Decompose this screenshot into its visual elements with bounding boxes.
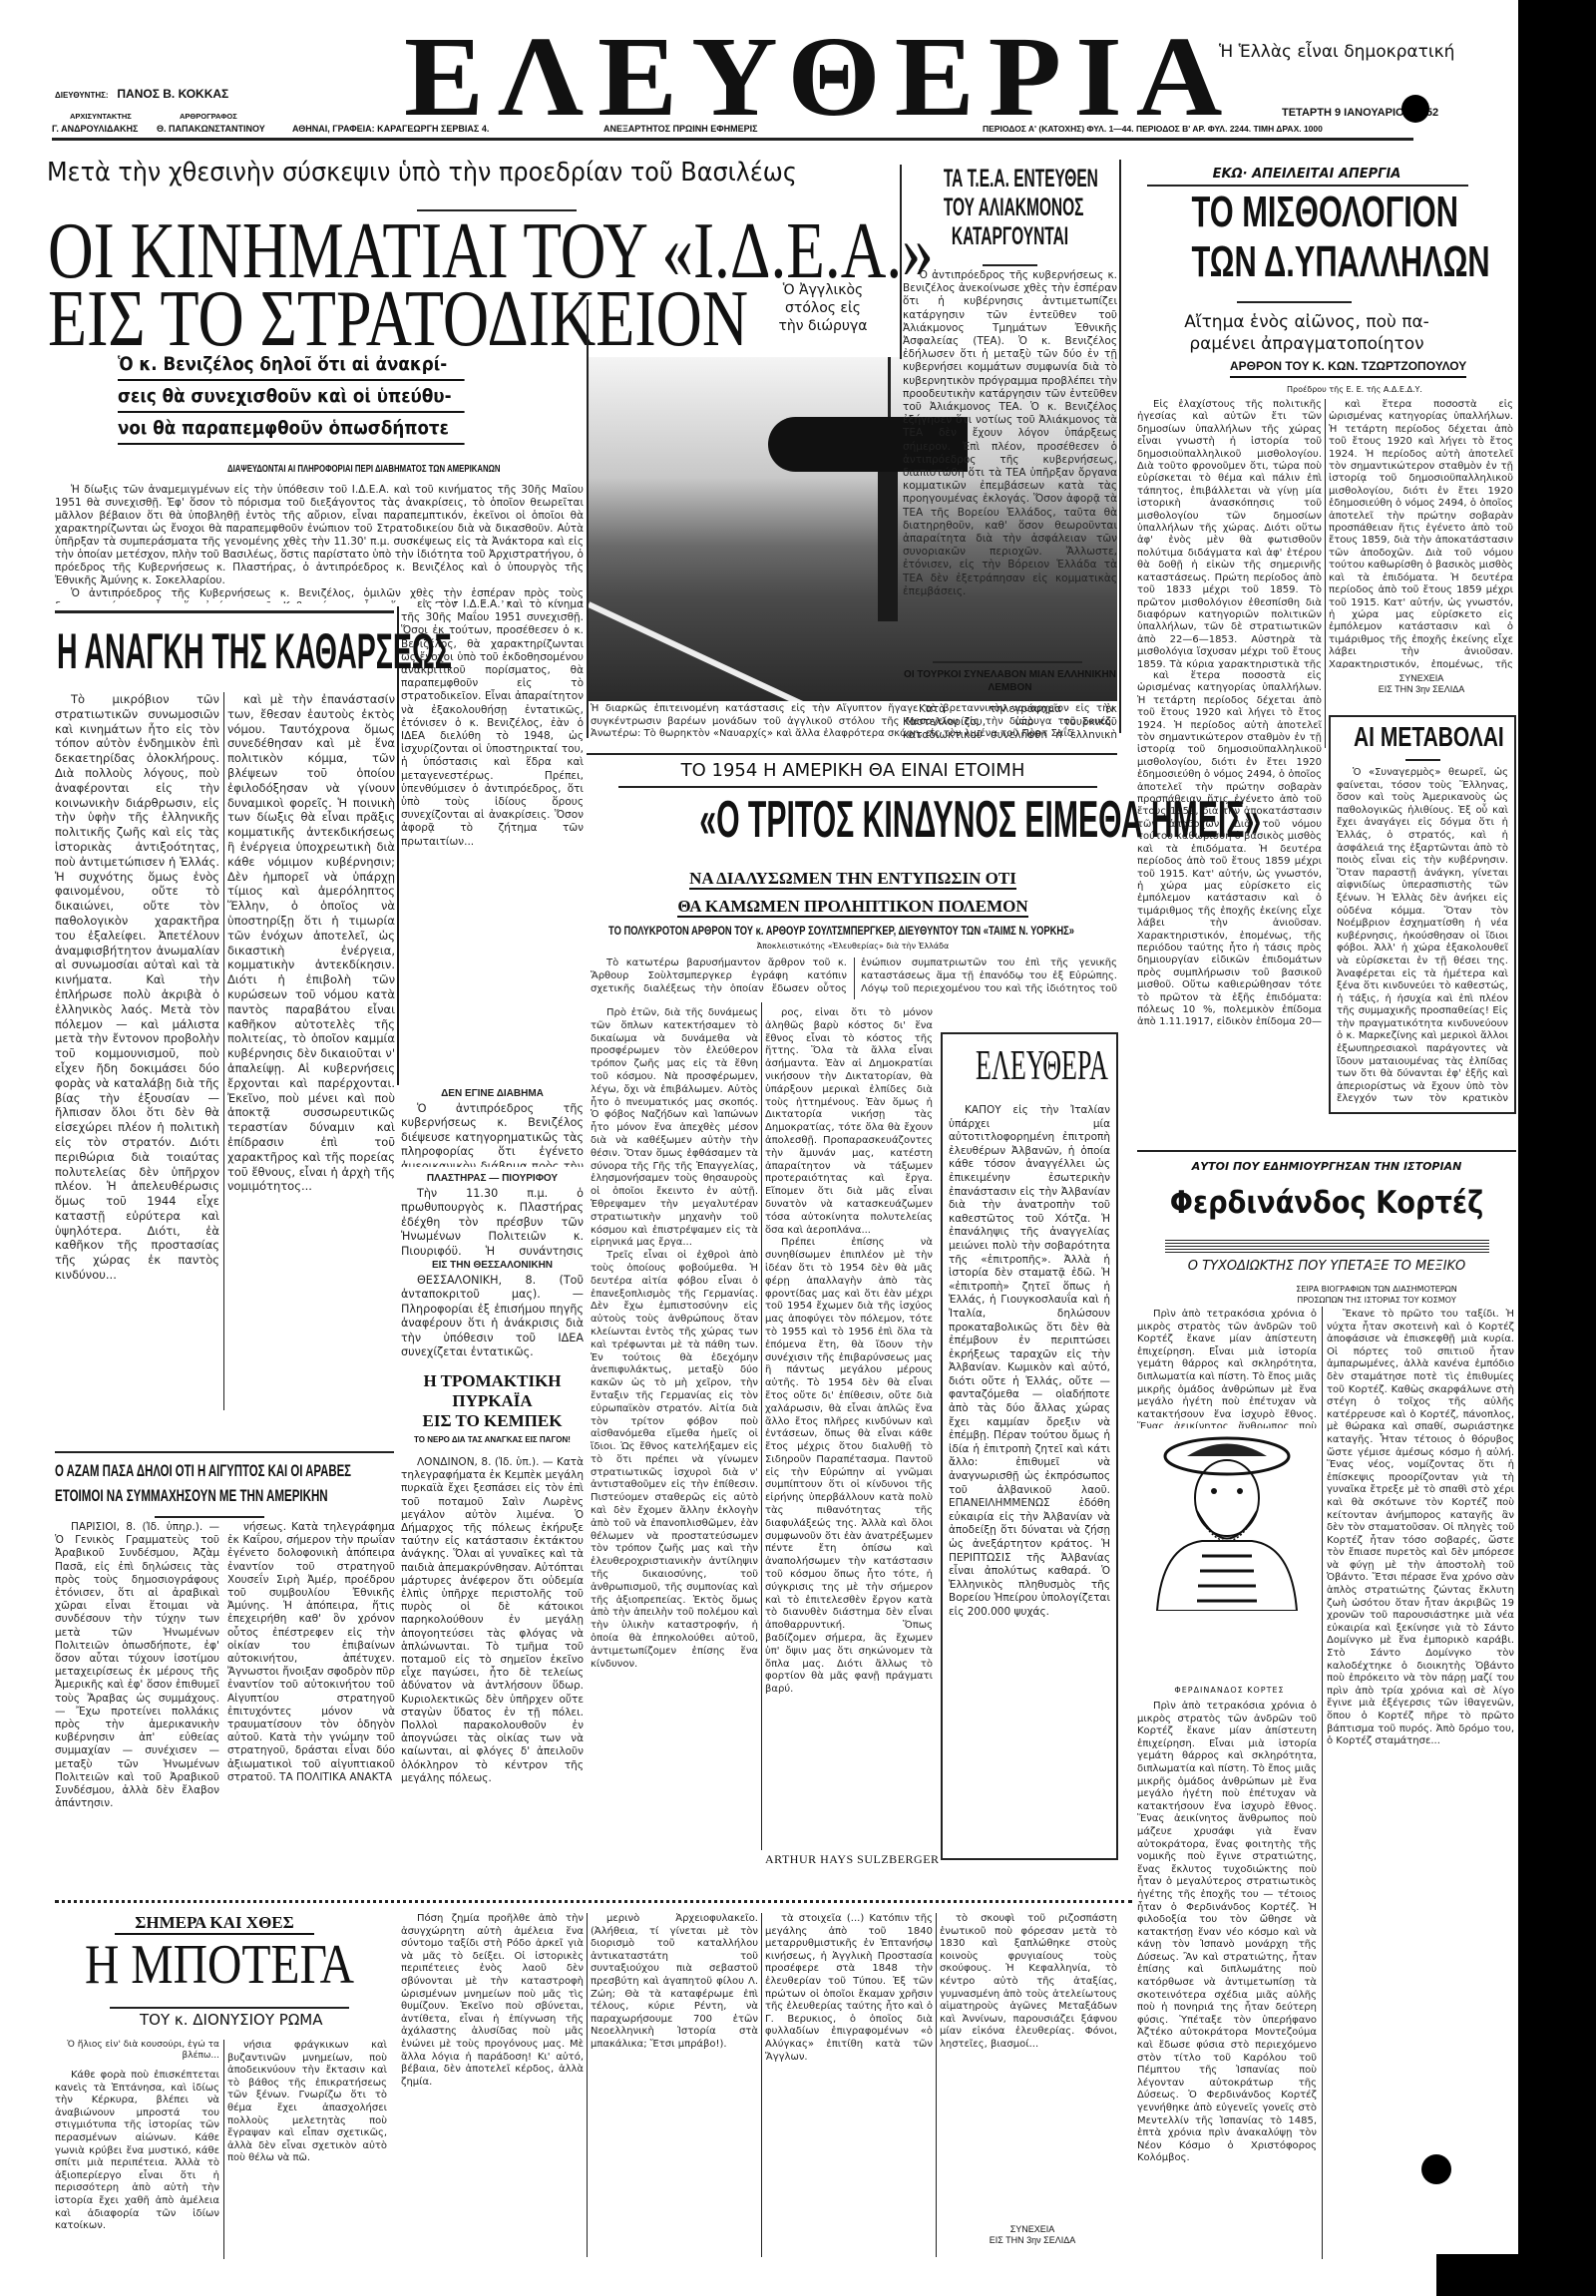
elefthera-headline: ΕΛΕΥΘΕΡΑ <box>976 1034 1083 1098</box>
egypt-col-1: ΠΑΡΙΣΙΟΙ, 8. (Ἰδ. ὑπηρ.). — Ὁ Γενικὸς Γρ… <box>55 1521 219 1900</box>
salary-headline: ΤΟ ΜΙΣΘΟΛΟΓΙΟΝ ΤΩΝ Δ.ΥΠΑΛΛΗΛΩΝ <box>1142 188 1471 287</box>
cortez-stripe-rule <box>1165 1240 1489 1254</box>
scan-edge <box>1518 0 1596 2296</box>
salary-continued-1: ΣΥΝΕΧΕΙΑ <box>1337 673 1506 684</box>
newspaper-title: ΕΛΕΥΘΕΡΙΑ <box>404 25 1162 130</box>
salary-headline-2: ΤΩΝ Δ.ΥΠΑΛΛΗΛΩΝ <box>1192 237 1422 287</box>
salary-col-1b: καὶ ἕτερα ποσοστὰ εἰς ὡρισμένας κατηγορί… <box>1137 670 1322 1029</box>
egypt-top-rule <box>55 1451 394 1453</box>
tea-headline-2: ΤΟΥ ΑΛΙΑΚΜΟΝΟΣ <box>944 193 1076 222</box>
col-rule-ty-3 <box>587 1913 588 2257</box>
salary-rule <box>1237 301 1352 303</box>
binder-hole <box>1401 95 1429 123</box>
salary-kicker-rule <box>1147 185 1468 187</box>
america-intro: Τὸ κατωτέρω βαρυσήμαντον ἄρθρον τοῦ κ. Ἄ… <box>591 957 1117 999</box>
america-kicker: ΤΟ 1954 Η ΑΜΕΡΙΚΗ ΘΑ ΕΙΝΑΙ ΕΤΟΙΜΗ <box>589 760 1117 781</box>
proofreader-label: ΑΡΘΡΟΓΡΑΦΟΣ <box>180 112 237 121</box>
masthead: ΔΙΕΥΘΥΝΤΗΣ: ΠΑΝΟΣ Β. ΚΟΚΚΑΣ ΑΡΧΙΣΥΝΤΑΚΤΗ… <box>0 0 1596 148</box>
america-top-rule <box>587 753 1117 755</box>
america-subhead: ΝΑ ΔΙΑΛΥΣΩΜΕΝ ΤΗΝ ΕΝΤΥΠΩΣΙΝ ΟΤΙ ΘΑ ΚΑΜΩΜ… <box>589 865 1117 921</box>
tea-headline-3: ΚΑΤΑΡΓΟΥΝΤΑΙ <box>944 222 1076 251</box>
ty-col-1: Κάθε φορὰ ποὺ ἐπισκέπτεται κανεὶς τὰ Ἑπτ… <box>55 2070 219 2259</box>
cortez-col-1: Πρὶν ἀπὸ τετρακόσια χρόνια ὁ μικρὸς στρα… <box>1137 1309 1317 1428</box>
col-rule-am-1 <box>761 1002 762 1850</box>
salary-subhead-2: ραμένει ἀπραγματοποίητον <box>1157 333 1456 355</box>
editorial-headline: Η ΑΝΑΓΚΗ ΤΗΣ ΚΑΘΑΡΣΕΩΣ <box>57 623 452 679</box>
subhead-line-1: Ὁ κ. Βενιζέλος δηλοῖ ὅτι αἱ ἀνακρί- <box>118 349 465 381</box>
ty-byline: ΤΟΥ κ. ΔΙΟΝΥΣΙΟΥ ΡΩΜΑ <box>140 2011 323 2029</box>
motto: Ἡ Ἑλλὰς εἶναι δημοκρατική <box>1219 42 1454 62</box>
subhead-line-3: νοι θὰ παραπεμφθοῦν ὁπωσδήποτε <box>118 413 465 445</box>
elefthera-body: ΚΑΠΟΥ εἰς τὴν Ἰταλίαν ὑπάρχει μία αὐτοτι… <box>949 1104 1110 1852</box>
denial-heading: ΔΕΝ ΕΓΙΝΕ ΔΙΑΒΗΜΑ <box>401 1087 584 1102</box>
col-rule-cortez <box>1322 1307 1323 2259</box>
america-deck: ΤΟ ΠΟΛΥΚΡΟΤΟΝ ΑΡΘΡΟΝ ΤΟΥ κ. ΑΡΘΟΥΡ ΣΟΥΛΤ… <box>589 924 1094 938</box>
ty-col-6: τὸ σκουφὶ τοῦ ριζοσπάστη ἑνωτικοῦ ποὺ φό… <box>940 1913 1117 2212</box>
ty-continued-1: ΣΥΝΕΧΕΙΑ <box>958 2224 1107 2235</box>
cortez-portrait <box>1142 1426 1312 1611</box>
director-name: ΠΑΝΟΣ Β. ΚΟΚΚΑΣ <box>117 87 228 101</box>
egypt-col-2: νήσεως. Κατὰ τηλεγράφημα ἐκ Καΐρου, σήμε… <box>227 1521 395 1900</box>
salary-subhead: Αἴτημα ἑνὸς αἰῶνος, ποὺ πα- ραμένει ἀπρα… <box>1157 311 1456 355</box>
america-headline: «Ο ΤΡΙΤΟΣ ΚΙΝΔΥΝΟΣ ΕΙΜΕΘΑ ΗΜΕΙΣ» <box>699 790 1005 850</box>
masthead-rule <box>52 138 1413 141</box>
cortez-col-1b: Πρὶν ἀπὸ τετρακόσια χρόνια ὁ μικρὸς στρα… <box>1137 1701 1317 2259</box>
plastiras-heading: ΠΛΑΣΤΗΡΑΣ — ΠΙΟΥΡΙΦΟΥ <box>401 1172 584 1187</box>
section-divider-dotted <box>55 1900 1132 1903</box>
col-rule-ed <box>223 692 224 1410</box>
col-rule-ty-1 <box>223 2040 224 2259</box>
ty-col-4: μερινὸ Ἀρχειοφυλακεῖο. (Ἀλήθεια, τί γίνε… <box>591 1913 758 2257</box>
kemp-headline-2: ΠΥΡΚΑΪΑ <box>401 1391 584 1411</box>
salonica-box: ΕΙΣ ΤΗΝ ΘΕΣΣΑΛΟΝΙΚΗΝ ΘΕΣΣΑΛΟΝΙΚΗ, 8. (Το… <box>401 1259 584 1368</box>
salary-kicker: ΕΚΩ· ΑΠΕΙΛΕΙΤΑΙ ΑΠΕΡΓΙΑ <box>1147 167 1466 182</box>
kemp-body: ΛΟΝΔΙΝΟΝ, 8. (Ἰδ. ὑπ.). — Κατὰ τηλεγραφή… <box>401 1456 584 1855</box>
cortez-subhead: Ο ΤΥΧΟΔΙΩΚΤΗΣ ΠΟΥ ΥΠΕΤΑΞΕ ΤΟ ΜΕΞΙΚΟ <box>1137 1259 1516 1274</box>
tea-sub-rule <box>933 661 1082 663</box>
salonica-heading: ΕΙΣ ΤΗΝ ΘΕΣΣΑΛΟΝΙΚΗΝ <box>401 1259 584 1274</box>
plastiras-box: ΠΛΑΣΤΗΡΑΣ — ΠΙΟΥΡΙΦΟΥ Τὴν 11.30 π.μ. ὁ π… <box>401 1172 584 1257</box>
cortez-kicker: ΑΥΤΟΙ ΠΟΥ ΕΔΗΜΙΟΥΡΓΗΣΑΝ ΤΗΝ ΙΣΤΟΡΙΑΝ <box>1137 1160 1516 1173</box>
ty-continued: ΣΥΝΕΧΕΙΑ ΕΙΣ ΤΗΝ 3ην ΣΕΛΙΔΑ <box>958 2224 1107 2246</box>
binder-hole-bottom <box>1421 2154 1451 2184</box>
america-col-2: ρος, εἶναι ὅτι τὸ μόνον ἀληθῶς βαρὺ κόστ… <box>765 1007 933 1845</box>
changes-body: Ὁ «Συναγερμὸς» θεωρεῖ, ὡς φαίνεται, τόσο… <box>1337 767 1508 1106</box>
lead-kicker: Μετὰ τὴν χθεσινὴν σύσκεψιν ὑπὸ τὴν προεδ… <box>47 158 797 188</box>
ship-stack-wide <box>878 472 898 621</box>
col-rule-ty-4 <box>761 1913 762 2257</box>
ty-headline: Η ΜΠΟΤΕΓΑ <box>84 1930 355 2000</box>
tagline: ΑΝΕΞΑΡΤΗΤΟΣ ΠΡΩΙΝΗ ΕΦΗΜΕΡΙΣ <box>603 124 758 134</box>
egypt-headline-1: Ο ΑΖΑΜ ΠΑΣΑ ΔΗΛΟΙ ΟΤΙ Η ΑΙΓΥΠΤΟΣ ΚΑΙ ΟΙ … <box>55 1461 351 1481</box>
tea-sub-body: Κατὰ τηλεγράφημα ἐκ Καστελλορίζου, ὑπὸ τ… <box>903 703 1117 738</box>
salary-col-1: Εἰς ἐλαχίστους τῆς πολιτικῆς ἡγεσίας καὶ… <box>1137 399 1322 668</box>
america-col-1: Πρὸ ἐτῶν, διὰ τῆς δυνάμεως τῶν ὅπλων κατ… <box>591 1007 758 1845</box>
america-subhead-2: ΘΑ ΚΑΜΩΜΕΝ ΠΡΟΛΗΠΤΙΚΟΝ ΠΟΛΕΜΟΝ <box>589 893 1117 921</box>
kemp-headline-3: ΕΙΣ ΤΟ ΚΕΜΠΕΚ <box>401 1411 584 1431</box>
photo-overlay-caption: Ὁ Ἀγγλικὸς στόλος εἰς τὴν διώρυγα <box>773 281 873 335</box>
america-author: ARTHUR HAYS SULZBERGER <box>765 1852 940 1867</box>
changes-rule <box>1405 759 1440 761</box>
scan-edge-bottom <box>1436 2254 1596 2296</box>
ship-mast-wide <box>888 357 891 417</box>
salary-continued: ΣΥΝΕΧΕΙΑ ΕΙΣ ΤΗΝ 3ην ΣΕΛΙΔΑ <box>1337 673 1506 695</box>
col-rule-salary <box>1325 399 1326 748</box>
kemp-story: Η ΤΡΟΜΑΚΤΙΚΗ ΠΥΡΚΑΪΑ ΕΙΣ ΤΟ ΚΕΜΠΕΚ ΤΟ ΝΕ… <box>401 1371 584 1444</box>
portrait-illustration-icon <box>1142 1426 1312 1611</box>
proofreader-name: Θ. ΠΑΠΑΚΩΝΣΤΑΝΤΙΝΟΥ <box>157 124 265 134</box>
egypt-headline-2: ΕΤΟΙΜΟΙ ΝΑ ΣΥΜΜΑΧΗΣΟΥΝ ΜΕ ΤΗΝ ΑΜΕΡΙΚΗΝ <box>55 1486 328 1506</box>
salary-byline-title: Προέδρου τῆς Ε. Ε. τῆς Α.Δ.Ε.Δ.Υ. <box>1287 385 1422 394</box>
kemp-headline-1: Η ΤΡΟΜΑΚΤΙΚΗ <box>401 1371 584 1391</box>
lead-divider <box>55 610 394 613</box>
editorial-col-1: Τὸ μικρόβιον τῶν στρατιωτικῶν συνωμοσιῶν… <box>55 692 219 1445</box>
director-label: ΔΙΕΥΘΥΝΤΗΣ: <box>55 91 109 100</box>
lead-deck: ΔΙΑΨΕΥΔΟΝΤΑΙ ΑΙ ΠΛΗΡΟΦΟΡΙΑΙ ΠΕΡΙ ΔΙΑΒΗΜΑ… <box>227 464 501 475</box>
america-subhead-1: ΝΑ ΔΙΑΛΥΣΩΜΕΝ ΤΗΝ ΕΝΤΥΠΩΣΙΝ ΟΤΙ <box>589 865 1117 893</box>
cortez-headline: Φερδινάνδος Κορτέζ <box>1160 1185 1493 1221</box>
cortez-top-rule <box>1137 1150 1516 1152</box>
lead-headline-2: ΕΙΣ ΤΟ ΣΤΡΑΤΟΔΙΚΕΙΟΝ <box>48 279 748 359</box>
salary-subhead-1: Αἴτημα ἑνὸς αἰῶνος, ποὺ πα- <box>1157 311 1456 333</box>
changes-headline: ΑΙ ΜΕΤΑΒΟΛΑΙ <box>1354 717 1491 757</box>
ty-col-2: νήσια φράγκικων καὶ βυζαντινῶν μνημείων,… <box>227 2040 387 2259</box>
changes-box: ΑΙ ΜΕΤΑΒΟΛΑΙ Ὁ «Συναγερμὸς» θεωρεῖ, ὡς φ… <box>1329 715 1516 1114</box>
salary-byline: ΑΡΘΡΟΝ ΤΟΥ κ. ΚΩΝ. ΤΖΩΡΤΖΟΠΟΥΛΟΥ <box>1230 359 1466 378</box>
cortez-col-2: Ἔκανε τὸ πρῶτο του ταξίδι. Ἡ νύχτα ἦταν … <box>1327 1309 1514 2256</box>
lead-body: Ἡ δίωξις τῶν ἀναμεμιγμένων εἰς τὴν ὑπόθε… <box>55 484 584 603</box>
col-rule-ty-5 <box>936 1913 937 2257</box>
issue-info: ΠΕΡΙΟΔΟΣ Α' (ΚΑΤΟΧΗΣ) ΦΥΛ. 1—44. ΠΕΡΙΟΔΟ… <box>983 124 1323 134</box>
ty-rule <box>110 2007 349 2009</box>
cortez-series-2: ΠΡΟΣΩΠΩΝ ΤΗΣ ΙΣΤΟΡΙΑΣ ΤΟΥ ΚΟΣΜΟΥ <box>1227 1295 1526 1306</box>
lead-subhead: Ὁ κ. Βενιζέλος δηλοῖ ὅτι αἱ ἀνακρί- σεις… <box>118 349 512 445</box>
tea-headline: ΤΑ Τ.Ε.Α. ΕΝΤΕΥΘΕΝ ΤΟΥ ΑΛΙΑΚΜΟΝΟΣ ΚΑΤΑΡΓ… <box>903 165 1117 251</box>
america-kicker-rule <box>618 786 1097 788</box>
editorial-col-2: καὶ μὲ τὴν ἐπανάστασίν των, ἔθεσαν ἑαυτο… <box>227 692 395 1445</box>
ty-epigraph: Ὁ ἥλιος εἶν' διὰ κουσούρι, ἐγώ τα βλέπω.… <box>60 2040 219 2062</box>
tea-headline-1: ΤΑ Τ.Ε.Α. ΕΝΤΕΥΘΕΝ <box>944 165 1076 193</box>
tea-rule <box>983 264 1037 266</box>
subhead-line-2: σεις θὰ συνεχισθοῦν καὶ οἱ ὑπεύθυ- <box>118 381 465 413</box>
col-rule-tea <box>900 165 902 359</box>
wake-streak <box>589 601 807 701</box>
chief-editor-name: Γ. ΑΝΔΡΟΥΛΙΔΑΚΗΣ <box>52 124 138 134</box>
america-deck-note: Ἀποκλειστικότης «Ἐλευθερίας» διὰ τὴν Ἑλλ… <box>589 942 1117 951</box>
cortez-series-1: ΣΕΙΡΑ ΒΙΟΓΡΑΦΙΩΝ ΤΩΝ ΔΙΑΣΗΜΟΤΕΡΩΝ <box>1227 1284 1526 1295</box>
salary-headline-1: ΤΟ ΜΙΣΘΟΛΟΓΙΟΝ <box>1192 188 1422 237</box>
tea-body-text: Ὁ ἀντιπρόεδρος τῆς κυβερνήσεως κ. Βενιζέ… <box>903 269 1117 653</box>
ty-col-5: τὰ στοιχεῖα (...) Κατόπιν τῆς μεγάλης ἀπ… <box>765 1913 933 2257</box>
director-line: ΔΙΕΥΘΥΝΤΗΣ: ΠΑΝΟΣ Β. ΚΟΚΚΑΣ <box>55 87 228 101</box>
ty-continued-2: ΕΙΣ ΤΗΝ 3ην ΣΕΛΙΔΑ <box>958 2235 1107 2246</box>
cortez-series: ΣΕΙΡΑ ΒΙΟΓΡΑΦΙΩΝ ΤΩΝ ΔΙΑΣΗΜΟΤΕΡΩΝ ΠΡΟΣΩΠ… <box>1227 1284 1526 1306</box>
chief-editor-label: ΑΡΧΙΣΥΝΤΑΚΤΗΣ <box>70 112 132 121</box>
elefthera-box: ΕΛΕΥΘΕΡΑ ΚΑΠΟΥ εἰς τὴν Ἰταλίαν ὑπάρχει μ… <box>941 1032 1118 1860</box>
col-rule-photo-right <box>1119 160 1121 733</box>
ty-col-3: Πόση ζημία προῆλθε ἀπὸ τὴν ἀσυγχώρητη αὐ… <box>401 1913 584 2257</box>
salary-continued-2: ΕΙΣ ΤΗΝ 3ην ΣΕΛΙΔΑ <box>1337 684 1506 695</box>
tea-subheadline: ΟΙ ΤΟΥΡΚΟΙ ΣΥΝΕΛΑΒΟΝ ΜΙΑΝ ΕΛΛΗΝΙΚΗΝ ΛΕΜΒ… <box>903 668 1117 694</box>
salary-col-2: καὶ ἕτερα ποσοστὰ εἰς ὡρισμένας κατηγορί… <box>1329 399 1513 668</box>
egypt-rule <box>155 1516 264 1518</box>
portrait-caption: ΦΕΡΔΙΝΑΝΔΟΣ ΚΟΡΤΕΣ <box>1142 1686 1317 1695</box>
kemp-subhead: ΤΟ ΝΕΡΟ ΔΙΑ ΤΑΣ ΑΝΑΓΚΑΣ ΕΙΣ ΠΑΓΟΝ! <box>401 1435 584 1444</box>
denial-box: ΔΕΝ ΕΓΙΝΕ ΔΙΑΒΗΜΑ Ὁ ἀντιπρόεδρος τῆς κυβ… <box>401 1087 584 1167</box>
